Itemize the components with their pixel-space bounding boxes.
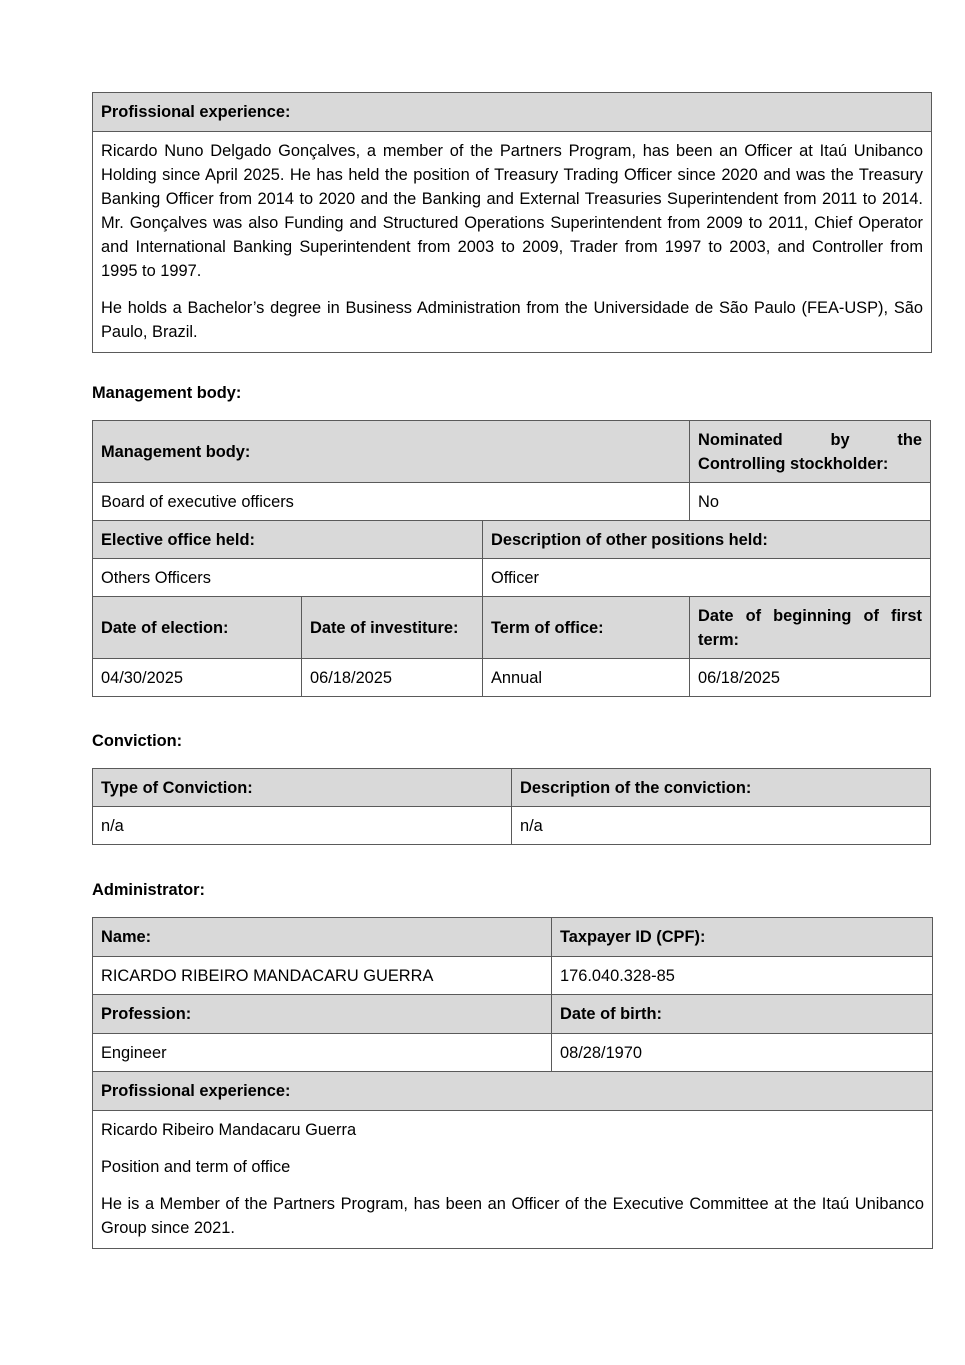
name-header: Name: [93, 918, 552, 957]
conviction-table: Type of Conviction: Description of the c… [92, 768, 931, 845]
dob-value: 08/28/1970 [552, 1034, 933, 1072]
conviction-description-header: Description of the conviction: [512, 769, 931, 807]
administrator-table: Name: Taxpayer ID (CPF): RICARDO RIBEIRO… [92, 917, 933, 1249]
nominated-value: No [690, 483, 931, 521]
date-investiture-header: Date of investiture: [302, 597, 483, 659]
experience-header: Profissional experience: [93, 93, 932, 132]
cpf-header: Taxpayer ID (CPF): [552, 918, 933, 957]
admin-experience-header: Profissional experience: [93, 1072, 933, 1111]
term-office-value: Annual [483, 659, 690, 697]
management-table: Management body: Nominated by the Contro… [92, 420, 931, 697]
date-first-term-header: Date of beginning of first term: [690, 597, 931, 659]
admin-experience-body: Ricardo Ribeiro Mandacaru Guerra Positio… [93, 1111, 933, 1249]
management-body-header: Management body: [93, 421, 690, 483]
management-section-title: Management body: [92, 384, 241, 403]
experience-body: Ricardo Nuno Delgado Gonçalves, a member… [93, 132, 932, 353]
term-office-header: Term of office: [483, 597, 690, 659]
date-election-header: Date of election: [93, 597, 302, 659]
conviction-section-title: Conviction: [92, 732, 182, 751]
dob-header: Date of birth: [552, 995, 933, 1034]
name-value: RICARDO RIBEIRO MANDACARU GUERRA [93, 957, 552, 995]
conviction-type-value: n/a [93, 807, 512, 845]
experience-paragraph: Ricardo Nuno Delgado Gonçalves, a member… [101, 139, 923, 283]
admin-experience-paragraph: Ricardo Ribeiro Mandacaru Guerra [101, 1118, 924, 1142]
other-positions-value: Officer [483, 559, 931, 597]
other-positions-header: Description of other positions held: [483, 521, 931, 559]
admin-experience-paragraph: He is a Member of the Partners Program, … [101, 1192, 924, 1242]
date-election-value: 04/30/2025 [93, 659, 302, 697]
administrator-section-title: Administrator: [92, 881, 205, 900]
date-first-term-value: 06/18/2025 [690, 659, 931, 697]
conviction-type-header: Type of Conviction: [93, 769, 512, 807]
conviction-description-value: n/a [512, 807, 931, 845]
elective-office-header: Elective office held: [93, 521, 483, 559]
elective-office-value: Others Officers [93, 559, 483, 597]
experience-table: Profissional experience: Ricardo Nuno De… [92, 92, 932, 353]
cpf-value: 176.040.328-85 [552, 957, 933, 995]
admin-experience-paragraph: Position and term of office [101, 1155, 924, 1179]
management-body-value: Board of executive officers [93, 483, 690, 521]
nominated-header: Nominated by the Controlling stockholder… [690, 421, 931, 483]
date-investiture-value: 06/18/2025 [302, 659, 483, 697]
experience-paragraph: He holds a Bachelor’s degree in Business… [101, 296, 923, 346]
profession-header: Profession: [93, 995, 552, 1034]
profession-value: Engineer [93, 1034, 552, 1072]
